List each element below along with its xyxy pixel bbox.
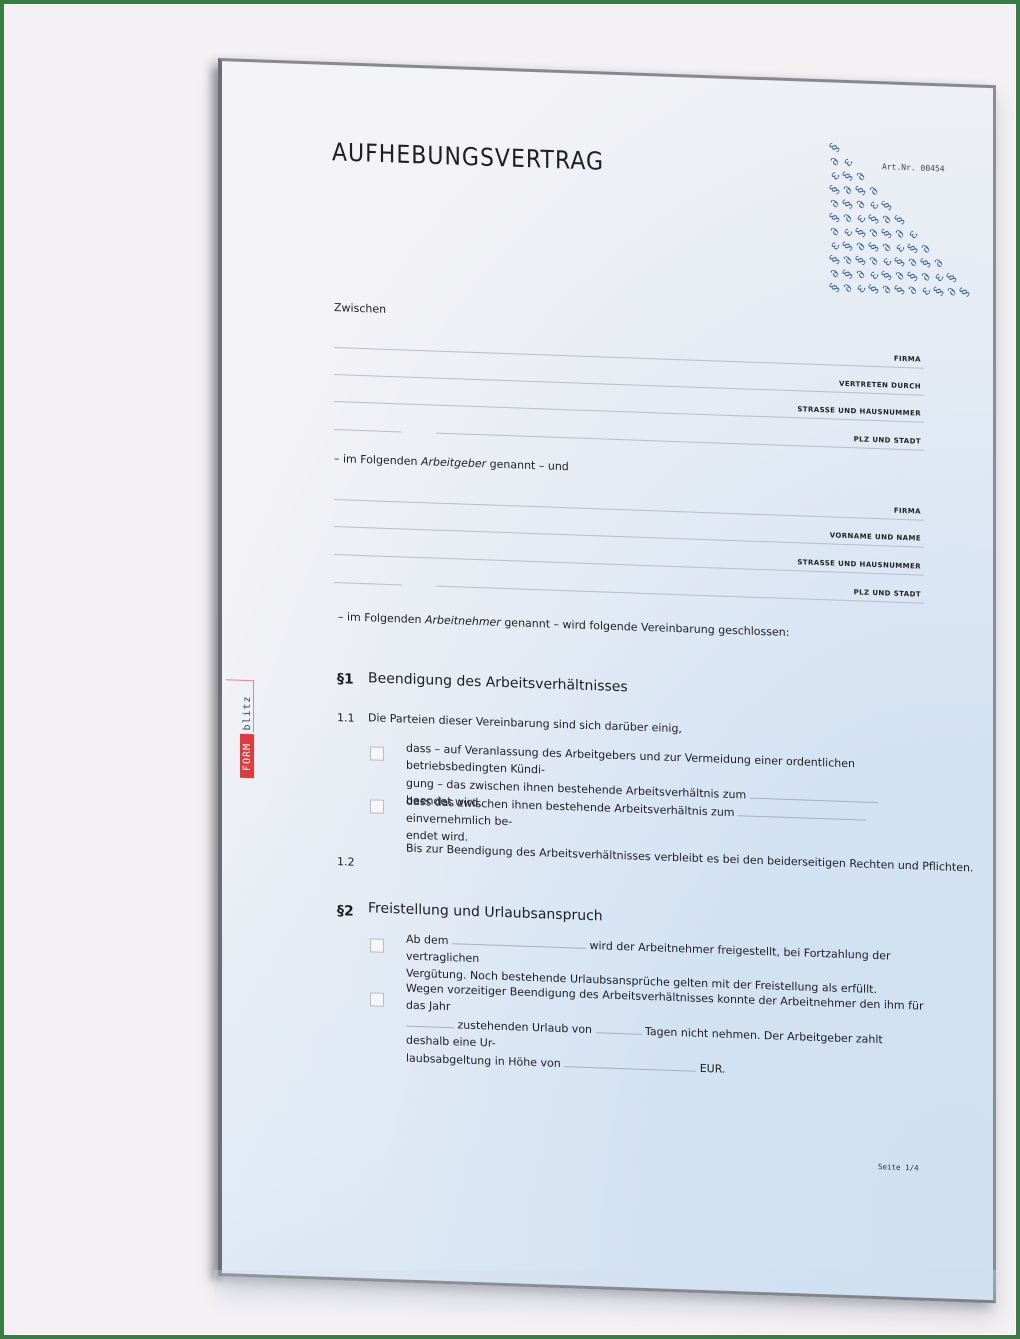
svg-text:∂: ∂ <box>931 256 947 271</box>
svg-text:ε: ε <box>840 155 856 170</box>
garden-leave-date-field[interactable] <box>452 931 586 949</box>
note-text: – im Folgenden <box>334 452 421 468</box>
note-text: – im Folgenden <box>338 610 425 626</box>
note-text: genannt – und <box>486 457 569 473</box>
note-text: genannt – wird folgende Vereinbarung ges… <box>501 616 790 639</box>
employee-note: – im Folgenden Arbeitnehmer genannt – wi… <box>338 608 789 641</box>
employer-representative-field[interactable] <box>334 374 924 396</box>
option-checkbox-vacation-compensation[interactable] <box>370 992 384 1006</box>
clause-number: 1.2 <box>337 855 355 869</box>
field-label: STRASSE UND HAUSNUMMER <box>797 558 921 570</box>
field-label: PLZ UND STADT <box>854 588 921 598</box>
field-label: FIRMA <box>894 507 921 516</box>
employer-note: – im Folgenden Arbeitgeber genannt – und <box>334 450 569 475</box>
clause-number: 1.1 <box>337 711 355 725</box>
svg-text:∂: ∂ <box>866 184 882 199</box>
employer-fields: FIRMA VERTRETEN DURCH STRASSE UND HAUSNU… <box>222 61 993 88</box>
svg-text:§: § <box>892 213 908 227</box>
field-label: PLZ UND STADT <box>854 435 921 445</box>
option-text: Wegen vorzeitiger Beendigung des Arbeits… <box>406 980 926 1085</box>
field-label: VORNAME UND NAME <box>830 531 921 542</box>
vacation-year-field[interactable] <box>406 1014 454 1029</box>
option-checkbox-mutual-termination[interactable] <box>370 799 384 813</box>
section-1-title: Beendigung des Arbeitsverhältnisses <box>368 670 628 695</box>
option-checkbox-operational-termination[interactable] <box>370 746 384 760</box>
document-title: AUFHEBUNGSVERTRAG <box>332 139 604 177</box>
logo-text-blitz: blitz <box>241 673 255 753</box>
paragraph-pattern-icon: §∂εε§∂§∂§∂∂§∂ε§§∂ε§∂§∂ε§∂§∂εε§∂§∂ε§∂§∂§∂… <box>828 140 978 305</box>
employer-firma-field[interactable] <box>334 347 924 369</box>
employer-city-field[interactable] <box>436 433 924 451</box>
svg-text:§: § <box>879 199 895 213</box>
svg-text:∂: ∂ <box>918 242 934 257</box>
svg-text:∂: ∂ <box>853 169 869 184</box>
field-label: FIRMA <box>894 355 921 364</box>
note-emphasis: Arbeitnehmer <box>425 613 501 629</box>
option-text-part: laubsabgeltung in Höhe von <box>406 1052 561 1070</box>
option-text-part: Ab dem <box>406 933 448 947</box>
svg-text:ε: ε <box>905 227 921 242</box>
option-text-part: zustehenden Urlaub von <box>458 1018 593 1036</box>
option-text-part: EUR. <box>700 1062 726 1076</box>
option-checkbox-garden-leave[interactable] <box>370 938 384 952</box>
svg-text:§: § <box>944 271 960 285</box>
note-emphasis: Arbeitgeber <box>421 455 486 470</box>
field-label: STRASSE UND HAUSNUMMER <box>797 405 921 417</box>
employee-city-field[interactable] <box>436 586 924 604</box>
formblitz-logo: FORM blitz <box>240 682 254 778</box>
document-page: AUFHEBUNGSVERTRAG Art.Nr. 00454 §∂εε§∂§∂… <box>218 58 996 1303</box>
employee-firma-field[interactable] <box>334 499 924 521</box>
vacation-days-field[interactable] <box>596 1020 642 1035</box>
svg-text:§: § <box>957 285 973 299</box>
employee-fields: FIRMA VORNAME UND NAME STRASSE UND HAUSN… <box>222 61 993 88</box>
page-sheet: AUFHEBUNGSVERTRAG Art.Nr. 00454 §∂εε§∂§∂… <box>218 58 996 1303</box>
intro-label: Zwischen <box>334 301 386 316</box>
section-1-number: §1 <box>337 671 354 688</box>
section-2-title: Freistellung und Urlaubsanspruch <box>368 900 603 924</box>
clause-text: Die Parteien dieser Vereinbarung sind si… <box>368 709 682 737</box>
option-text-part: einvernehmlich be- <box>406 812 512 829</box>
page-number: Seite 1/4 <box>878 1162 919 1172</box>
page-reflection <box>214 1270 998 1320</box>
field-label: VERTRETEN DURCH <box>839 380 921 391</box>
employee-zip-field[interactable] <box>334 582 402 585</box>
svg-text:§: § <box>828 141 843 155</box>
section-2-number: §2 <box>337 903 354 920</box>
employer-zip-field[interactable] <box>334 429 402 432</box>
